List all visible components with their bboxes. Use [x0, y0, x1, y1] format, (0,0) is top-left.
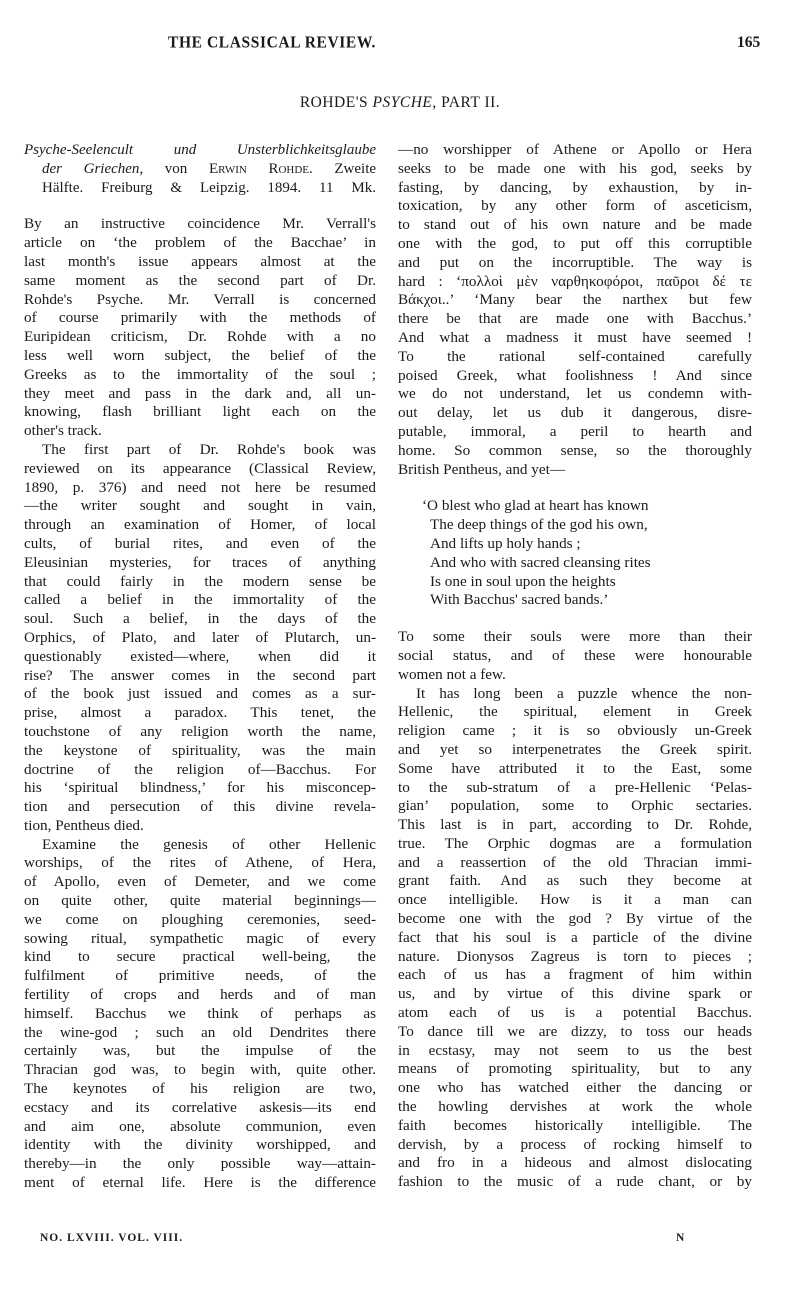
text-line: dervish, by a process of rocking himself… — [398, 1136, 752, 1155]
text-line: To the rational self-contained carefully — [398, 348, 752, 367]
text-line: us, and by virtue of this divine spark o… — [398, 985, 752, 1004]
text-line: identity with the divinity worshipped, a… — [24, 1136, 376, 1155]
text-line: —no worshipper of Athene or Apollo or He… — [398, 141, 752, 160]
journal-title: THE CLASSICAL REVIEW. — [168, 33, 376, 52]
text-line: The first part of Dr. Rohde's book was — [24, 441, 376, 460]
text-line: Thracian god was, to begin with, quite o… — [24, 1061, 376, 1080]
text-line: and fro in a hideous and almost dislocat… — [398, 1154, 752, 1173]
title-prefix: ROHDE'S — [300, 94, 373, 111]
text-line: each of us has a fragment of him within — [398, 966, 752, 985]
text-line: It has long been a puzzle whence the non… — [398, 685, 752, 704]
greek-quote-line: hard : ‘πολλοὶ μὲν ναρθηκοφόροι, παῦροι … — [398, 273, 752, 292]
verse-line: ‘O blest who glad at heart has known — [422, 497, 752, 516]
text-line: of course primarily with the methods of — [24, 309, 376, 328]
text-line: reviewed on its appearance (Classical Re… — [24, 460, 376, 479]
text-line: touchstone of any religion worth the nam… — [24, 723, 376, 742]
text-line: one with the god, to put off this corrup… — [398, 235, 752, 254]
text-line: less well worn subject, the belief of th… — [24, 347, 376, 366]
text-line: we come on ploughing ceremonies, seed- — [24, 911, 376, 930]
text-line: himself. Bacchus we think of perhaps as — [24, 1005, 376, 1024]
text-line: become one with the god ? By virtue of t… — [398, 910, 752, 929]
text-line: cults, of burial rites, and even of the — [24, 535, 376, 554]
verse-line: Is one in soul upon the heights — [422, 573, 752, 592]
text-line: called a belief in the immortality of th… — [24, 591, 376, 610]
text-line: they meet and pass in the dark and, all … — [24, 385, 376, 404]
text-line: of Apollo, even of Demeter, and we come — [24, 873, 376, 892]
text-line: once intelligible. How is it a man can — [398, 891, 752, 910]
running-head: THE CLASSICAL REVIEW. 165 — [0, 34, 800, 58]
text-line: Greeks as to the immortality of the soul… — [24, 366, 376, 385]
text-line: British Pentheus, and yet— — [398, 461, 752, 480]
paragraph: By an instructive coincidence Mr. Verral… — [24, 215, 376, 441]
biblio-line: der Griechen, von Erwin Rohde. Zweite — [24, 160, 376, 179]
text-line: home. So common sense, so the thoroughly — [398, 442, 752, 461]
text-line: means of promoting spirituality, but to … — [398, 1060, 752, 1079]
text-line: last month's issue appears almost at the — [24, 253, 376, 272]
verse-line: And who with sacred cleansing rites — [422, 554, 752, 573]
text-line: fulfilment of primitive needs, of the — [24, 967, 376, 986]
text-line: we do not understand, let us condemn wit… — [398, 385, 752, 404]
text-line: seeks to be made one with his god, seeks… — [398, 160, 752, 179]
text-line: doctrine of the religion of—Bacchus. For — [24, 761, 376, 780]
text-line: To dance till we are dizzy, to toss our … — [398, 1023, 752, 1042]
paragraph: Examine the genesis of other Hellenic wo… — [24, 836, 376, 1193]
text-line: Orphics, of Plato, and later of Plutarch… — [24, 629, 376, 648]
text-line: there be that are made one with Bacchus.… — [398, 310, 752, 329]
text-line: tion and persecution of this divine reve… — [24, 798, 376, 817]
text-line: the keystone of spirituality, was the ma… — [24, 742, 376, 761]
text-line: fact that his soul is a particle of the … — [398, 929, 752, 948]
text-line: and a reassertion of the old Thracian im… — [398, 854, 752, 873]
verse-line: With Bacchus' sacred bands.’ — [422, 591, 752, 610]
text-line: And what a madness it must have seemed ! — [398, 329, 752, 348]
biblio-line: Psyche-Seelencult und Unsterblichkeitsgl… — [24, 141, 376, 160]
title-suffix: , PART II. — [432, 94, 500, 111]
text-line: By an instructive coincidence Mr. Verral… — [24, 215, 376, 234]
text-line: grant faith. And as such they become at — [398, 872, 752, 891]
biblio-author: Erwin Rohde — [209, 161, 309, 177]
biblio-title: der Griechen — [42, 161, 139, 177]
text-line: religion came ; it is so obviously un-Gr… — [398, 722, 752, 741]
right-column: —no worshipper of Athene or Apollo or He… — [398, 141, 752, 1192]
text-line: that could fairly in the modern sense be — [24, 573, 376, 592]
text-line: prise, almost a paradox. This tenet, the — [24, 704, 376, 723]
text-line: and aim one, absolute communion, even — [24, 1118, 376, 1137]
text-line: Some have attributed it to the East, som… — [398, 760, 752, 779]
text-line: to the sub-stratum of a pre-Hellenic ‘Pe… — [398, 779, 752, 798]
text-line: sowing ritual, sympathetic magic of ever… — [24, 930, 376, 949]
text-line: one who has watched either the dancing o… — [398, 1079, 752, 1098]
paragraph: To some their souls were more than their… — [398, 628, 752, 684]
text-line: To some their souls were more than their — [398, 628, 752, 647]
text-line: his ‘spiritual blindness,’ for his misco… — [24, 779, 376, 798]
text-line: Hellenic, the spiritual, element in Gree… — [398, 703, 752, 722]
text-line: women not a few. — [398, 666, 752, 685]
text-line: Eleusinian mysteries, for traces of anyt… — [24, 554, 376, 573]
text-line: Rohde's Psyche. Mr. Verrall is concerned — [24, 291, 376, 310]
text-line: Βάκχοι..’ ‘Many bear the narthex but few — [398, 291, 752, 310]
text-line: out delay, let us dub it dangerous, disr… — [398, 404, 752, 423]
text-line: other's track. — [24, 422, 376, 441]
paragraph: The first part of Dr. Rohde's book was r… — [24, 441, 376, 836]
text-line: thereby—in the only possible way—attain- — [24, 1155, 376, 1174]
text-line: article on ‘the problem of the Bacchae’ … — [24, 234, 376, 253]
text-line: and put on the incorruptible. The way is — [398, 254, 752, 273]
text-line: fashion to the music of a rude chant, or… — [398, 1173, 752, 1192]
text-line: faith becomes historically intelligible.… — [398, 1117, 752, 1136]
text-line: ment of eternal life. Here is the differ… — [24, 1174, 376, 1193]
text-line: in ecstasy, may not seem to us the best — [398, 1042, 752, 1061]
text-line: atom each of us is a potential Bacchus. — [398, 1004, 752, 1023]
text-line: poised Greek, what foolishness ! And sin… — [398, 367, 752, 386]
signature-letter: N — [676, 1232, 684, 1244]
text-line: true. The Orphic dogmas are a formulatio… — [398, 835, 752, 854]
article-title: ROHDE'S PSYCHE, PART II. — [0, 94, 800, 112]
text-line: 1890, p. 376) and need not here be resum… — [24, 479, 376, 498]
text-line: same moment as the second part of Dr. — [24, 272, 376, 291]
text-line: knowing, flash brilliant light each on t… — [24, 403, 376, 422]
text-line: This last is in part, according to Dr. R… — [398, 816, 752, 835]
printer-signature: NO. LXVIII. VOL. VIII. — [40, 1232, 183, 1244]
verse-line: And lifts up holy hands ; — [422, 535, 752, 554]
text-line: putable, immoral, a peril to hearth and — [398, 423, 752, 442]
text-line: of the book just issued and comes as a s… — [24, 685, 376, 704]
text-line: worships, of the rites of Athene, of Her… — [24, 854, 376, 873]
text-line: Euripidean criticism, Dr. Rohde with a n… — [24, 328, 376, 347]
text-line: questionably existed—where, when did it — [24, 648, 376, 667]
text-line: kind to secure practical well-being, the — [24, 948, 376, 967]
text-line: the wine-god ; such an old Dendrites the… — [24, 1024, 376, 1043]
verse-line: The deep things of the god his own, — [422, 516, 752, 535]
verse-quotation: ‘O blest who glad at heart has known The… — [398, 497, 752, 610]
text-line: fertility of crops and herds and of man — [24, 986, 376, 1005]
text-line: fasting, by dancing, by exhaustion, by i… — [398, 179, 752, 198]
text-line: on quite other, quite material beginning… — [24, 892, 376, 911]
text-line: certainly was, but the impulse of the — [24, 1042, 376, 1061]
title-italic: PSYCHE — [373, 94, 433, 111]
text-line: ecstacy and its correlative askesis—its … — [24, 1099, 376, 1118]
text-line: Examine the genesis of other Hellenic — [24, 836, 376, 855]
paragraph: —no worshipper of Athene or Apollo or He… — [398, 141, 752, 479]
text-line: through an examination of Homer, of loca… — [24, 516, 376, 535]
biblio-line: Hälfte. Freiburg & Leipzig. 1894. 11 Mk. — [24, 179, 376, 198]
biblio-text: . Zweite — [309, 161, 376, 177]
text-line: rise? The answer comes in the second par… — [24, 667, 376, 686]
text-line: The keynotes of his religion are two, — [24, 1080, 376, 1099]
text-line: tion, Pentheus died. — [24, 817, 376, 836]
text-line: toxication, by any other form of ascetic… — [398, 197, 752, 216]
biblio-text: , von — [139, 161, 209, 177]
text-line: and yet so interpenetrates the Greek spi… — [398, 741, 752, 760]
text-line: soul. Such a belief, in the days of the — [24, 610, 376, 629]
text-line: the howling dervishes at work the whole — [398, 1098, 752, 1117]
page-number: 165 — [737, 34, 760, 52]
text-line: nature. Dionysos Zagreus is torn to piec… — [398, 948, 752, 967]
text-line: social status, and of these were honoura… — [398, 647, 752, 666]
paragraph: It has long been a puzzle whence the non… — [398, 685, 752, 1193]
bibliographic-entry: Psyche-Seelencult und Unsterblichkeitsgl… — [24, 141, 376, 197]
text-line: —the writer sought and sought in vain, — [24, 497, 376, 516]
text-line: to stand out of his own nature and be ma… — [398, 216, 752, 235]
left-column: Psyche-Seelencult und Unsterblichkeitsgl… — [24, 141, 376, 1193]
text-line: gian’ population, some to Orphic sectari… — [398, 797, 752, 816]
